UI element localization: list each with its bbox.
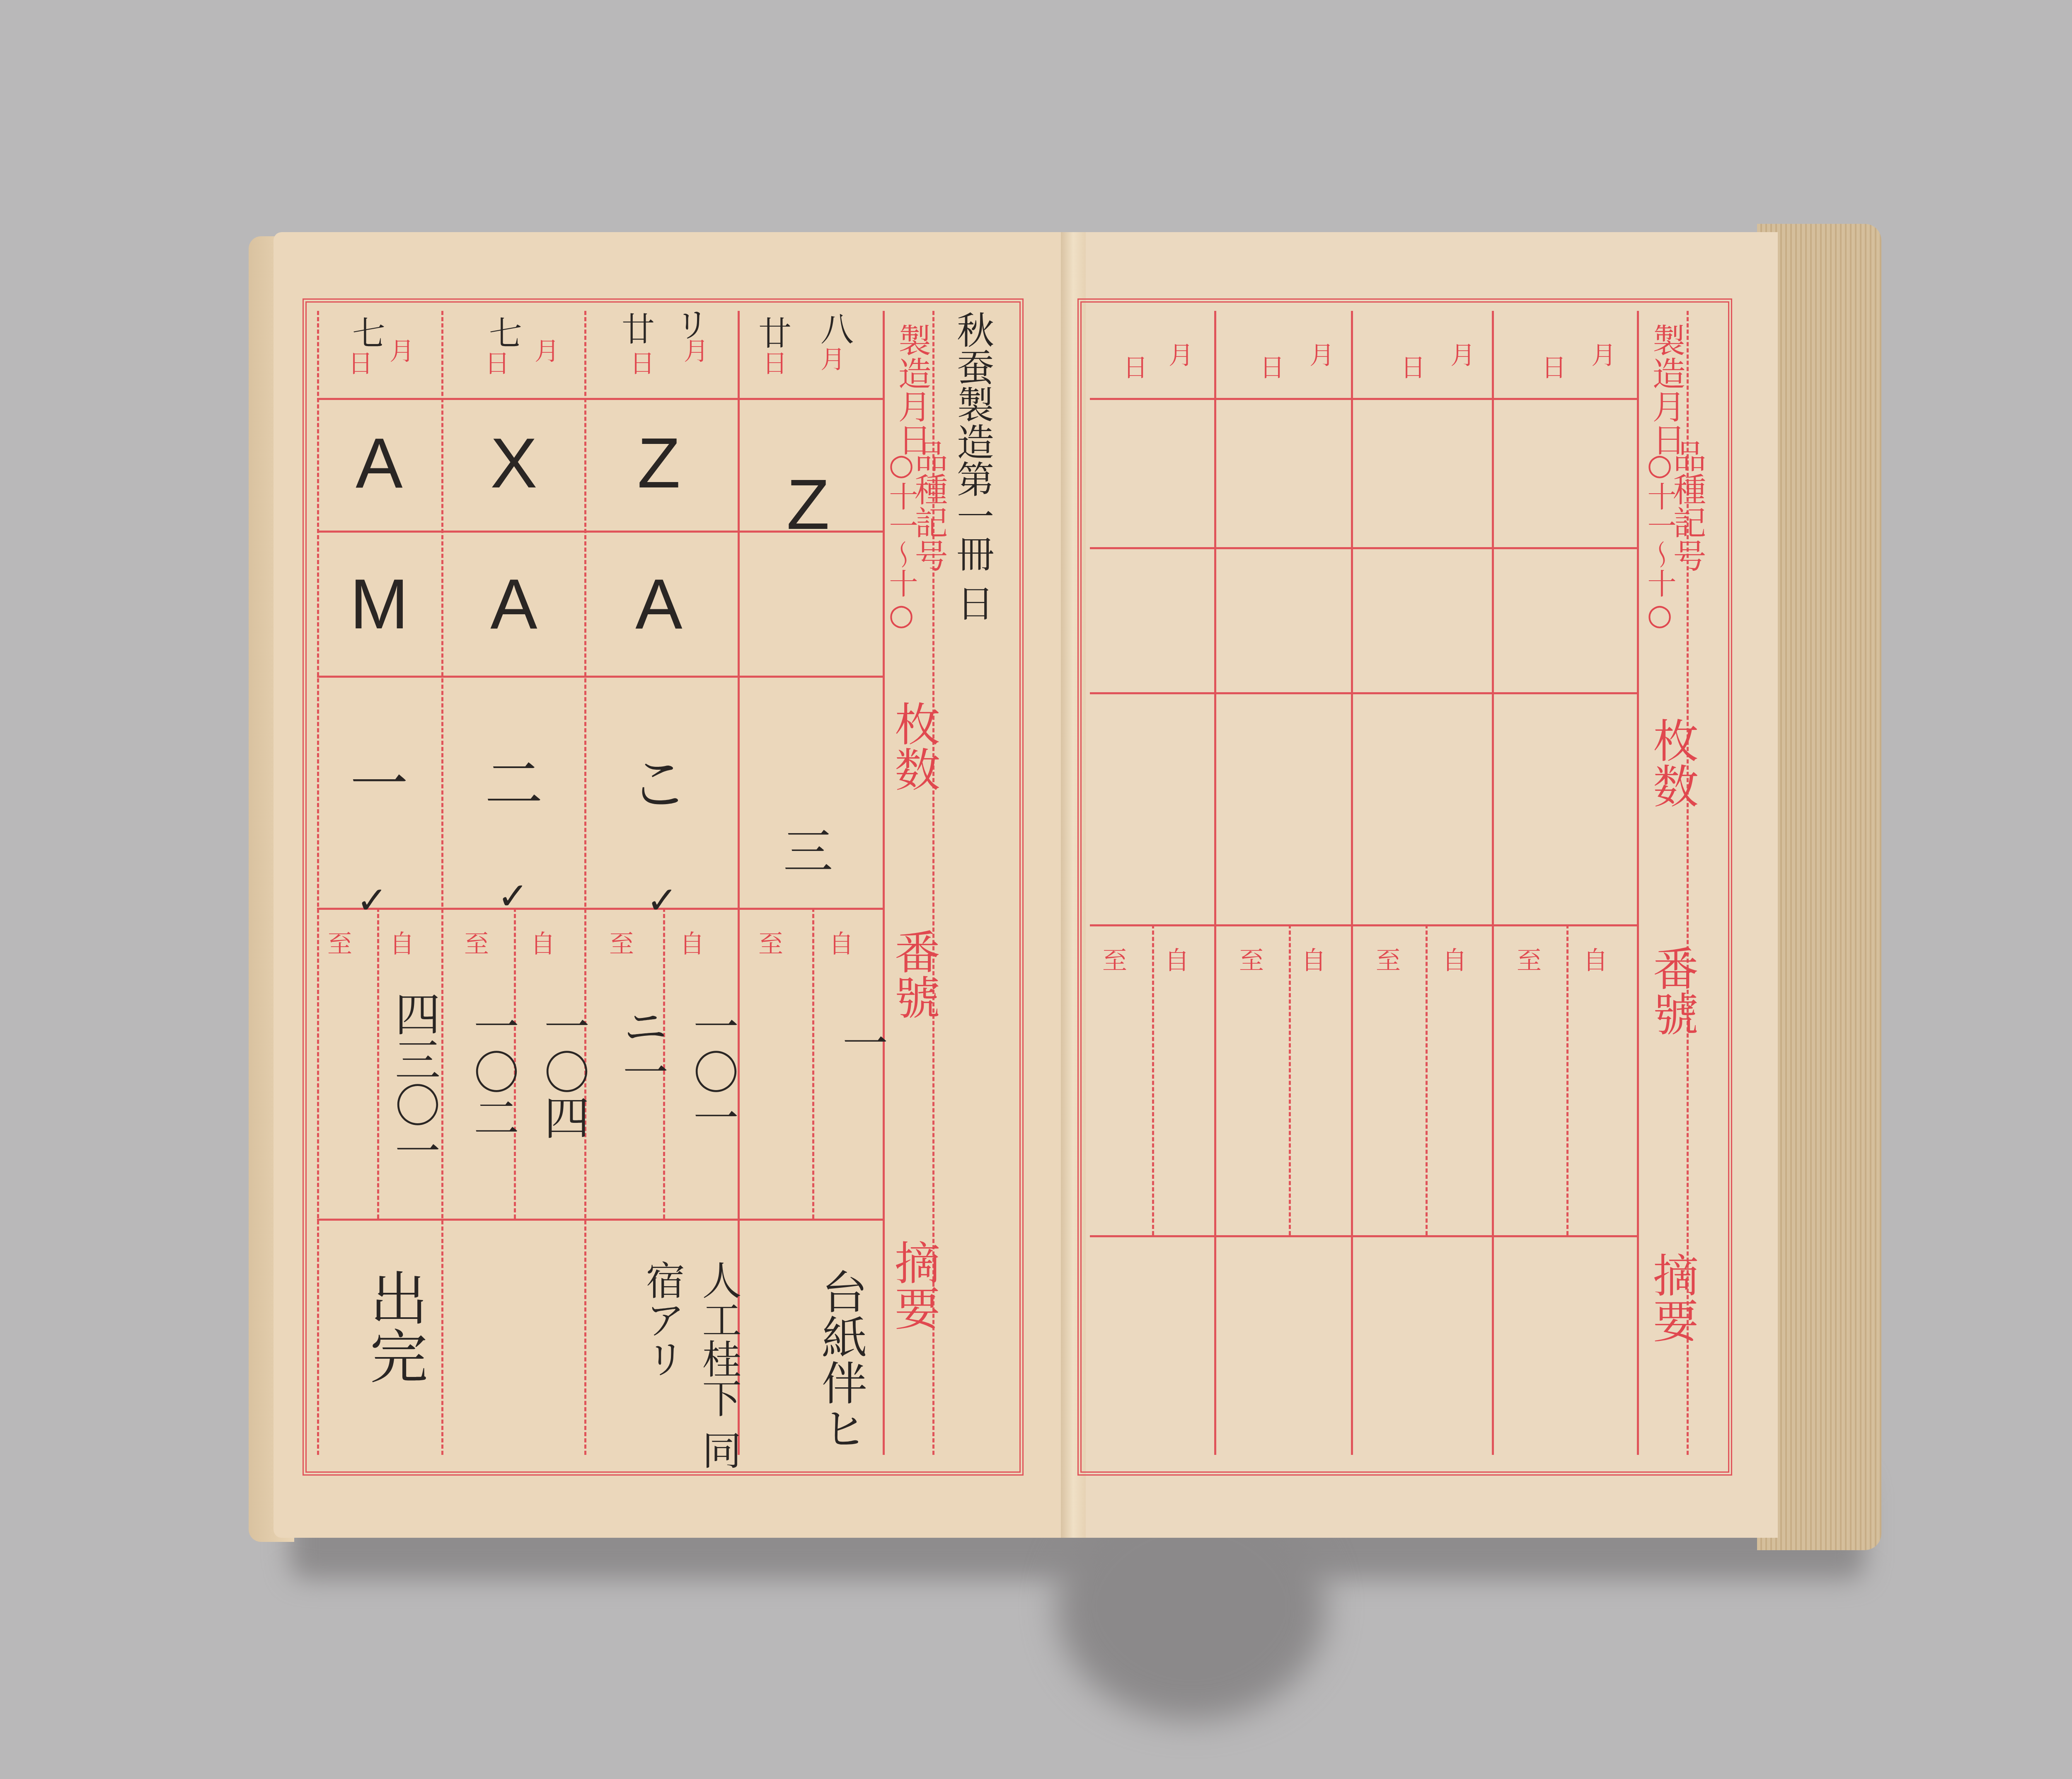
right-ledger-frame [1077, 298, 1732, 1476]
right-entry2-to-label: 至 [1239, 941, 1264, 977]
label-breed-code-range: ○十一〜十○ [887, 448, 916, 632]
entry3-code1: Z [597, 423, 721, 504]
entry4-serial-from: 一 [829, 1020, 894, 1065]
right-subcol-line [1152, 924, 1154, 1235]
right-row-line [1090, 1235, 1637, 1237]
entry3-from-label: 自 [680, 924, 704, 960]
entry2-to-label: 至 [464, 924, 489, 960]
entry1-code2: M [317, 564, 441, 645]
label-serial: 番號 [891, 928, 937, 1020]
right-label-serial: 番號 [1649, 945, 1695, 1036]
right-entry1-from-label: 自 [1164, 941, 1189, 977]
right-col-line [1351, 311, 1353, 1455]
left-col-line [441, 311, 443, 1455]
right-col-line [1492, 311, 1494, 1455]
right-label-breed-code-range: ○十一〜十○ [1645, 448, 1674, 632]
left-subcol-line [377, 908, 379, 1219]
right-entry2-month-label: 月 [1310, 336, 1334, 371]
entry2-serial-from: 一〇四 [530, 1003, 596, 1140]
entry3-remark: 人工桂下 同宿アリ [634, 1260, 747, 1476]
left-row-line [317, 908, 883, 910]
entry3-day: 廿 [622, 303, 655, 350]
label-count: 枚数 [891, 700, 937, 792]
entry2-serial-to: 一〇二 [460, 1003, 525, 1140]
right-entry1-to-label: 至 [1102, 941, 1127, 977]
right-entry1-day-label: 日 [1123, 348, 1148, 384]
entry3-count: こ [597, 738, 721, 821]
entry1-serial-from: 四三〇一 [381, 991, 447, 1173]
entry3-serial-from: 一〇一 [680, 1003, 745, 1140]
right-entry4-month-label: 月 [1591, 336, 1616, 371]
label-production-date: 製造月日 [895, 323, 928, 456]
entry2-day: 七 [489, 307, 522, 354]
entry4-to-label: 至 [758, 924, 783, 960]
entry2-count: 二 [452, 738, 576, 821]
entry2-code1: X [452, 423, 576, 504]
entry3-serial-to: ニ一 [609, 1003, 675, 1094]
right-entry4-day-label: 日 [1542, 348, 1566, 384]
entry4-remark: 台紙伴ヒ [808, 1268, 874, 1451]
right-entry3-day-label: 日 [1401, 348, 1426, 384]
right-row-line [1090, 924, 1637, 926]
right-entry2-day-label: 日 [1260, 348, 1285, 384]
entry2-checkmark: ✓ [497, 875, 528, 918]
entry4-day: 廿 [758, 307, 792, 354]
entry3-month: リ [675, 298, 709, 346]
right-label-remarks: 摘要 [1649, 1252, 1695, 1343]
right-entry1-month-label: 月 [1169, 336, 1193, 371]
entry2-month-label: 月 [535, 332, 559, 367]
right-row-line [1090, 692, 1637, 694]
entry3-checkmark: ✓ [646, 879, 678, 922]
entry2-code2: A [452, 564, 576, 645]
entry1-to-label: 至 [327, 924, 352, 960]
entry1-from-label: 自 [390, 924, 414, 960]
right-col-line [1214, 311, 1216, 1455]
entry4-code1: Z [746, 464, 870, 545]
left-col-line [584, 311, 586, 1455]
entry2-from-label: 自 [530, 924, 555, 960]
left-row-line [317, 398, 883, 400]
right-label-production-date: 製造月日 [1649, 323, 1682, 456]
right-row-line [1090, 547, 1637, 549]
right-entry3-to-label: 至 [1376, 941, 1401, 977]
right-row-line [1090, 398, 1637, 400]
right-col-line [1637, 311, 1639, 1455]
right-entry4-from-label: 自 [1583, 941, 1608, 977]
entry4-from-label: 自 [829, 924, 854, 960]
left-row-line [317, 676, 883, 678]
right-subcol-line [1426, 924, 1428, 1235]
entry1-count: 一 [317, 738, 441, 821]
left-row-line [317, 1219, 883, 1221]
entry4-count: 三 [746, 812, 870, 884]
entry1-checkmark: ✓ [356, 879, 387, 922]
left-subcol-line [812, 908, 814, 1219]
right-subcol-line [1289, 924, 1291, 1235]
handwritten-side-note: 秋蚕製造第一冊 日 [953, 311, 990, 621]
entry1-month-label: 月 [390, 332, 414, 367]
right-entry3-from-label: 自 [1442, 941, 1467, 977]
right-entry3-month-label: 月 [1450, 336, 1475, 371]
entry1-remark: 出完 [352, 1268, 436, 1384]
right-label-count: 枚数 [1649, 717, 1695, 808]
entry4-month: 八 [821, 303, 854, 350]
right-entry2-from-label: 自 [1301, 941, 1326, 977]
entry1-day: 七 [352, 307, 385, 354]
entry3-code2: A [597, 564, 721, 645]
entry3-to-label: 至 [609, 924, 634, 960]
right-entry4-to-label: 至 [1517, 941, 1542, 977]
entry1-code1: A [317, 423, 441, 504]
right-subcol-line [1566, 924, 1569, 1235]
open-ledger-book: 製造月日 品種記号 ○十一〜十○ 枚数 番號 摘要 秋蚕製造第一冊 日 日 月 … [249, 224, 1873, 1550]
label-remarks: 摘要 [891, 1239, 937, 1331]
